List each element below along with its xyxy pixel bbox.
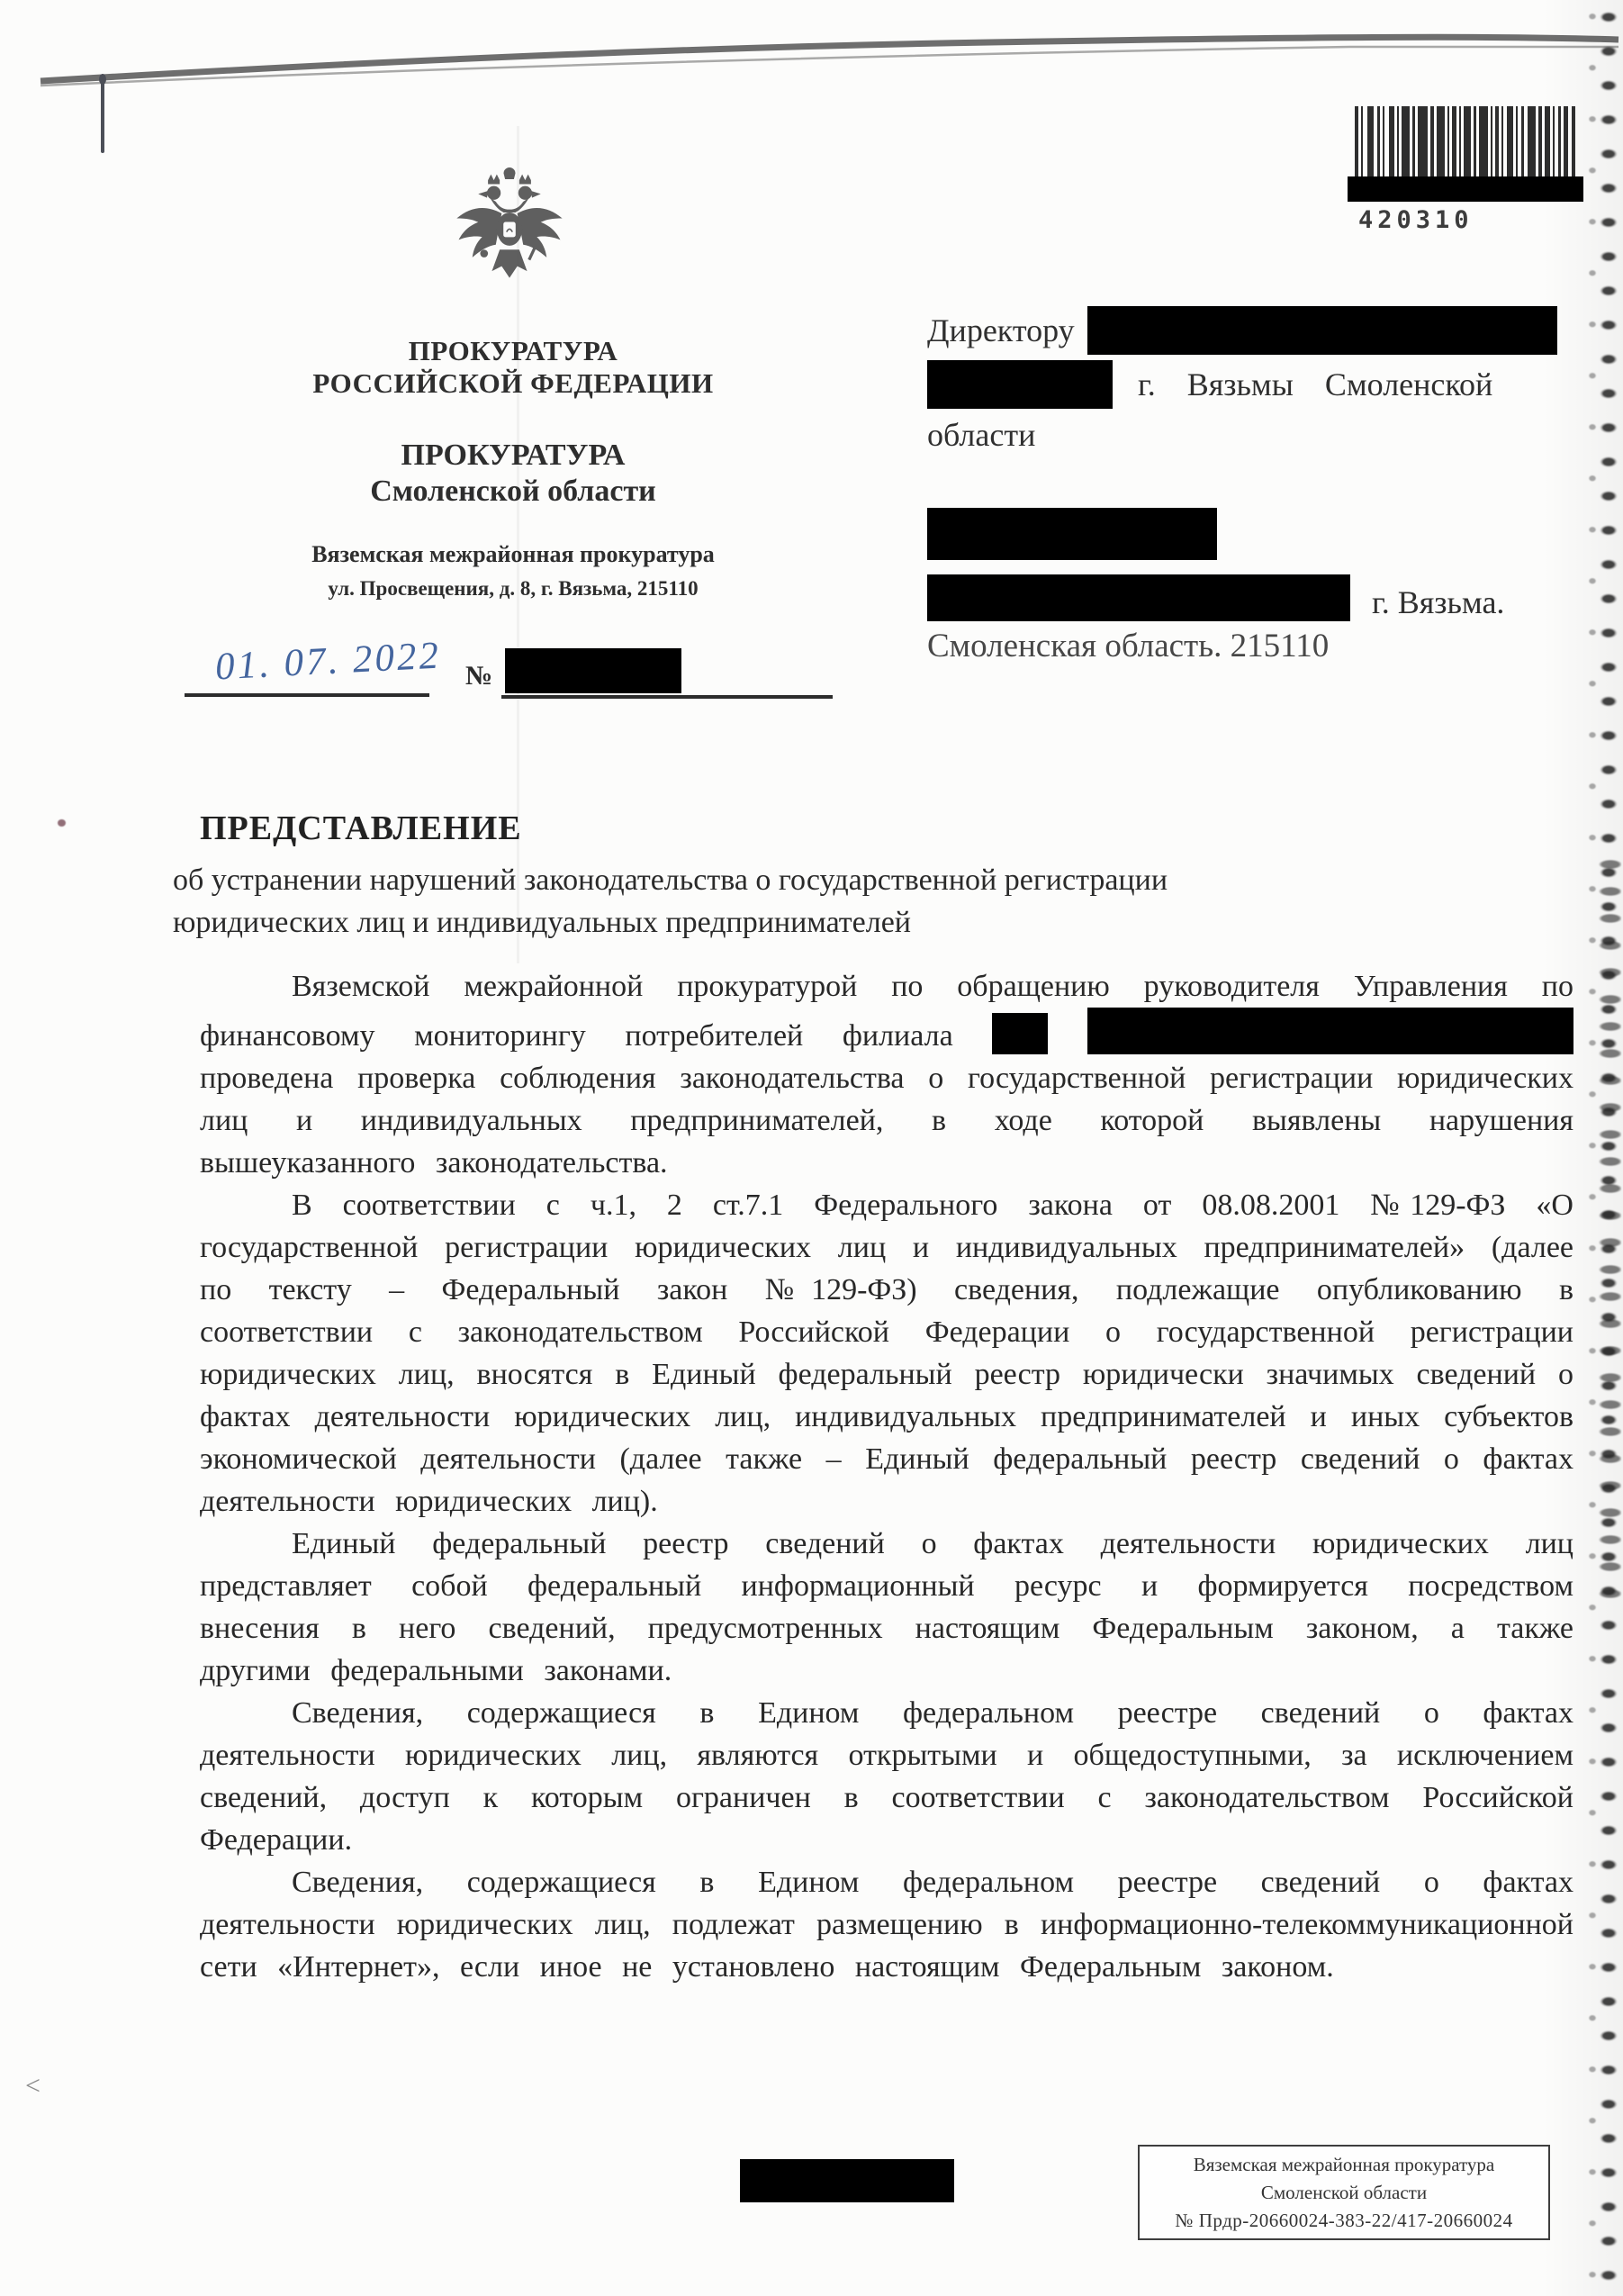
letterhead-office-name: Вяземская межрайонная прокуратура xyxy=(216,540,810,569)
number-sign: № xyxy=(465,661,492,692)
letterhead-office-address: ул. Просвещения, д. 8, г. Вязьма, 215110 xyxy=(216,576,810,601)
number-underline xyxy=(501,695,833,699)
body-paragraph: В соответствии с ч.1, 2 ст.7.1 Федеральн… xyxy=(200,1184,1573,1523)
body-paragraph: Сведения, содержащиеся в Едином федераль… xyxy=(200,1861,1573,1988)
addressee-city-line: г. Вязьмы Смоленской xyxy=(1138,366,1492,403)
ink-speck xyxy=(58,819,66,827)
letterhead-region-line2: Смоленской области xyxy=(216,474,810,510)
document-body: Вяземской межрайонной прокуратурой по об… xyxy=(200,965,1573,1988)
date-number-line: 01. 07. 2022 № xyxy=(185,641,842,722)
document-subtitle-line1: об устранении нарушений законодательства… xyxy=(173,859,1460,901)
letterhead: ПРОКУРАТУРА РОССИЙСКОЙ ФЕДЕРАЦИИ ПРОКУРА… xyxy=(216,335,810,601)
barcode-bars-icon xyxy=(1355,106,1576,176)
redaction-bar xyxy=(992,1013,1048,1054)
addressee-region-line: области xyxy=(927,416,1035,454)
redaction-bar xyxy=(1087,1008,1573,1054)
letterhead-region-line1: ПРОКУРАТУРА xyxy=(216,438,810,474)
redaction-bar xyxy=(927,360,1113,409)
coat-of-arms-icon xyxy=(450,167,569,304)
body-paragraph: Вяземской межрайонной прокуратурой по об… xyxy=(200,965,1573,1184)
registration-stamp: Вяземская межрайонная прокуратура Смолен… xyxy=(1138,2145,1550,2240)
letterhead-org-line2: РОССИЙСКОЙ ФЕДЕРАЦИИ xyxy=(216,367,810,400)
redaction-bar xyxy=(927,574,1350,621)
scan-edge-line xyxy=(0,0,1623,99)
redaction-bar xyxy=(927,508,1217,560)
addressee-postal-region: Смоленская область. 215110 xyxy=(927,627,1329,665)
handwritten-date: 01. 07. 2022 xyxy=(214,633,442,689)
redaction-bar xyxy=(1348,176,1583,202)
document-title: ПРЕДСТАВЛЕНИЕ xyxy=(200,809,1460,848)
pen-scratch-mark xyxy=(101,77,104,153)
stamp-registration-number: № Прдр-20660024-383-22/417-20660024 xyxy=(1140,2207,1548,2235)
redaction-bar xyxy=(505,648,681,693)
document-subtitle-line2: юридических лиц и индивидуальных предпри… xyxy=(173,901,1460,944)
redaction-bar xyxy=(1087,306,1557,355)
addressee-postal-city: г. Вязьма. xyxy=(1372,583,1504,621)
binding-artifacts-dense xyxy=(1591,851,1621,1598)
body-paragraph: Сведения, содержащиеся в Едином федераль… xyxy=(200,1692,1573,1861)
redaction-bar xyxy=(740,2159,954,2202)
document-title-block: ПРЕДСТАВЛЕНИЕ об устранении нарушений за… xyxy=(173,809,1460,944)
stamp-office-line1: Вяземская межрайонная прокуратура xyxy=(1140,2151,1548,2179)
addressee-block: Директору г. Вязьмы Смоленской области г… xyxy=(927,306,1557,665)
body-paragraph: Единый федеральный реестр сведений о фак… xyxy=(200,1523,1573,1692)
addressee-title: Директору xyxy=(927,312,1075,349)
date-underline xyxy=(185,693,429,697)
stamp-office-line2: Смоленской области xyxy=(1140,2179,1548,2207)
scanned-letter-page: < 297322 420310 xyxy=(0,0,1623,2296)
barcode: 297322 420310 xyxy=(1355,106,1582,214)
corner-mark: < xyxy=(25,2071,41,2102)
letterhead-org-line1: ПРОКУРАТУРА xyxy=(216,335,810,367)
